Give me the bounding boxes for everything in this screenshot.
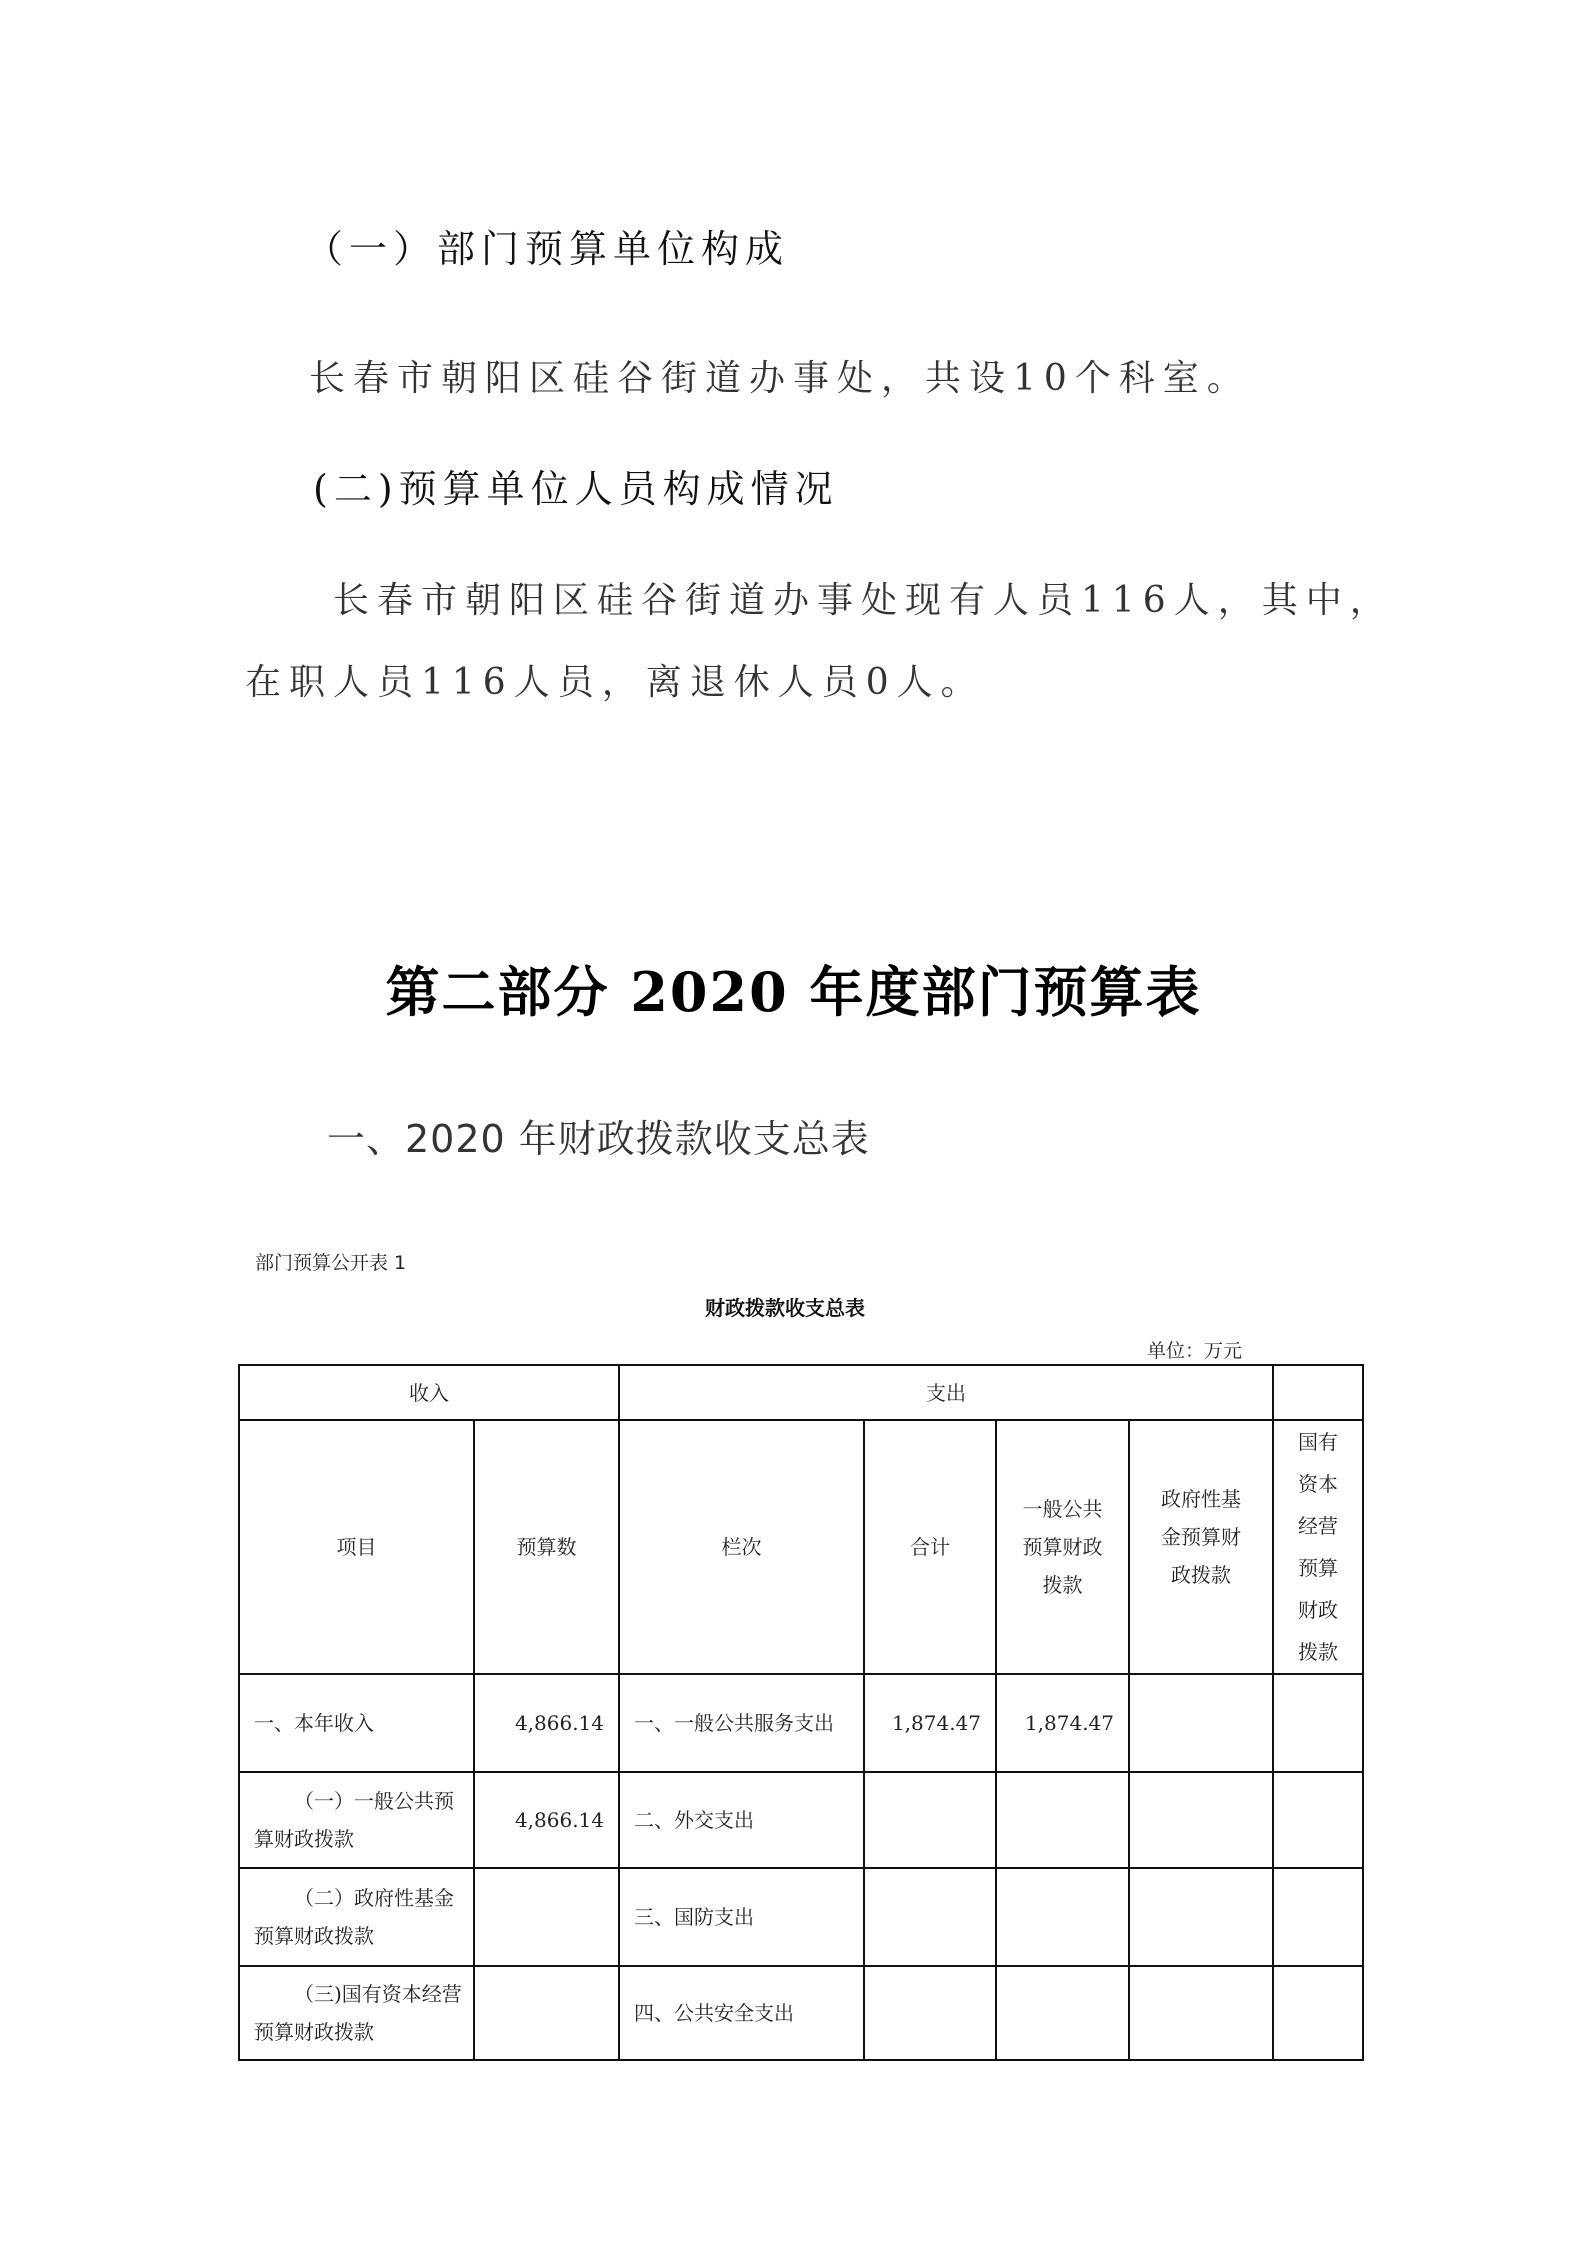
col-header-total: 合计 — [864, 1420, 996, 1674]
header-line: 拨款 — [997, 1566, 1128, 1604]
cell-item: 一、本年收入 — [239, 1674, 474, 1772]
col-header-state-capital: 国有 资本 经营 预算 财政 拨款 — [1273, 1420, 1363, 1674]
cell-total: 1,874.47 — [864, 1674, 996, 1772]
income-group-header: 收入 — [239, 1365, 619, 1420]
col-header-category: 栏次 — [619, 1420, 864, 1674]
section-heading-unit-composition: （一）部门预算单位构成 — [305, 218, 789, 273]
header-line: 财政 — [1274, 1589, 1362, 1631]
table-label: 部门预算公开表 1 — [255, 1248, 406, 1275]
blank-group-header — [1273, 1365, 1363, 1420]
cell-total — [864, 1772, 996, 1868]
cell-budget: 4,866.14 — [474, 1674, 619, 1772]
header-line: 经营 — [1274, 1505, 1362, 1547]
header-line: 预算财政 — [997, 1528, 1128, 1566]
table-row: 一、本年收入 4,866.14 一、一般公共服务支出 1,874.47 1,87… — [239, 1674, 1363, 1772]
cell-item: （三)国有资本经营预算财政拨款 — [239, 1966, 474, 2060]
cell-budget — [474, 1868, 619, 1966]
table-section-subheading: 一、2020 年财政拨款收支总表 — [327, 1108, 870, 1163]
col-header-item: 项目 — [239, 1420, 474, 1674]
cell-category: 二、外交支出 — [619, 1772, 864, 1868]
header-line: 金预算财 — [1130, 1518, 1272, 1556]
unit-label: 单位：万元 — [1147, 1336, 1242, 1363]
cell-gov-fund — [1129, 1966, 1273, 2060]
cell-item: （二）政府性基金预算财政拨款 — [239, 1868, 474, 1966]
paragraph-unit-composition: 长春市朝阳区硅谷街道办事处，共设10个科室。 — [309, 350, 1251, 401]
budget-summary-table: 收入 支出 项目 预算数 栏次 合计 一般公共 预算财政 拨款 政府性基 金预算… — [238, 1364, 1364, 2061]
cell-category: 三、国防支出 — [619, 1868, 864, 1966]
group-header-row: 收入 支出 — [239, 1365, 1363, 1420]
header-line: 预算 — [1274, 1547, 1362, 1589]
cell-total — [864, 1966, 996, 2060]
cell-state-capital — [1273, 1772, 1363, 1868]
cell-budget: 4,866.14 — [474, 1772, 619, 1868]
section-heading-staff-composition: (二)预算单位人员构成情况 — [313, 458, 839, 513]
cell-gov-fund — [1129, 1772, 1273, 1868]
cell-general-public — [996, 1868, 1129, 1966]
cell-state-capital — [1273, 1868, 1363, 1966]
cell-state-capital — [1273, 1674, 1363, 1772]
cell-category: 四、公共安全支出 — [619, 1966, 864, 2060]
paragraph-staff-line-1: 长春市朝阳区硅谷街道办事处现有人员116人，其中， — [333, 572, 1394, 623]
cell-budget — [474, 1966, 619, 2060]
cell-general-public — [996, 1966, 1129, 2060]
cell-general-public: 1,874.47 — [996, 1674, 1129, 1772]
part-title: 第二部分 2020 年度部门预算表 — [0, 950, 1587, 1027]
header-line: 国有 — [1274, 1421, 1362, 1463]
header-line: 政拨款 — [1130, 1556, 1272, 1594]
table-row: （一）一般公共预算财政拨款 4,866.14 二、外交支出 — [239, 1772, 1363, 1868]
col-header-general-public: 一般公共 预算财政 拨款 — [996, 1420, 1129, 1674]
paragraph-staff-line-2: 在职人员116人员，离退休人员0人。 — [245, 654, 985, 705]
cell-gov-fund — [1129, 1674, 1273, 1772]
cell-category: 一、一般公共服务支出 — [619, 1674, 864, 1772]
cell-total — [864, 1868, 996, 1966]
column-header-row: 项目 预算数 栏次 合计 一般公共 预算财政 拨款 政府性基 金预算财 政拨款 … — [239, 1420, 1363, 1674]
header-line: 资本 — [1274, 1463, 1362, 1505]
table-row: （二）政府性基金预算财政拨款 三、国防支出 — [239, 1868, 1363, 1966]
cell-gov-fund — [1129, 1868, 1273, 1966]
cell-state-capital — [1273, 1966, 1363, 2060]
col-header-gov-fund: 政府性基 金预算财 政拨款 — [1129, 1420, 1273, 1674]
table-row: （三)国有资本经营预算财政拨款 四、公共安全支出 — [239, 1966, 1363, 2060]
header-line: 一般公共 — [997, 1490, 1128, 1528]
table-title: 财政拨款收支总表 — [705, 1292, 865, 1321]
cell-general-public — [996, 1772, 1129, 1868]
header-line: 拨款 — [1274, 1631, 1362, 1673]
header-line: 政府性基 — [1130, 1480, 1272, 1518]
expense-group-header: 支出 — [619, 1365, 1273, 1420]
cell-item: （一）一般公共预算财政拨款 — [239, 1772, 474, 1868]
col-header-budget: 预算数 — [474, 1420, 619, 1674]
